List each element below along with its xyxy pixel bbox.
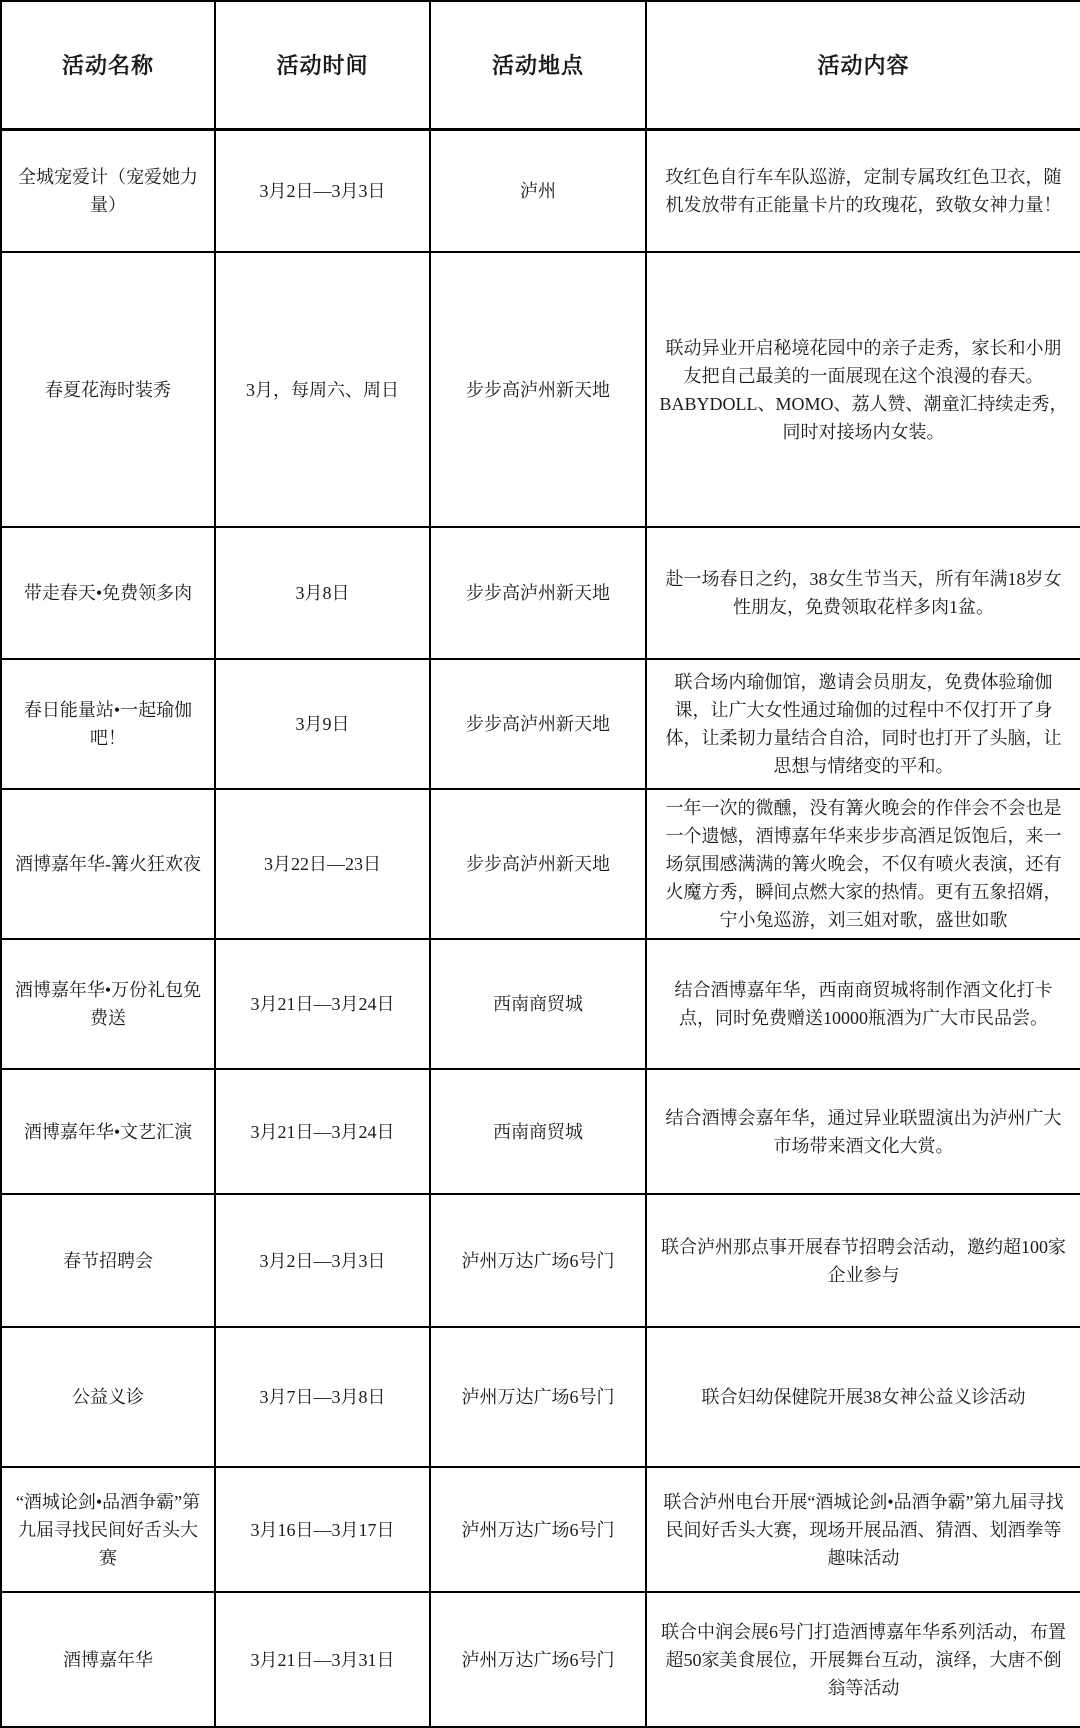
- activity-content-cell: 赴一场春日之约，38女生节当天，所有年满18岁女性朋友，免费领取花样多肉1盆。: [646, 527, 1080, 659]
- activity-name-cell: 春节招聘会: [1, 1194, 215, 1327]
- table-row: 春夏花海时装秀3月，每周六、周日步步高泸州新天地联动异业开启秘境花园中的亲子走秀…: [1, 252, 1080, 527]
- activity-content-cell: 联合妇幼保健院开展38女神公益义诊活动: [646, 1327, 1080, 1467]
- header-activity-place: 活动地点: [430, 1, 646, 129]
- activity-name-cell: 酒博嘉年华•文艺汇演: [1, 1069, 215, 1194]
- activity-time-cell: 3月，每周六、周日: [215, 252, 430, 527]
- table-row: 酒博嘉年华•文艺汇演3月21日—3月24日西南商贸城结合酒博会嘉年华，通过异业联…: [1, 1069, 1080, 1194]
- table-row: 酒博嘉年华•万份礼包免费送3月21日—3月24日西南商贸城结合酒博嘉年华，西南商…: [1, 939, 1080, 1069]
- activity-content-cell: 玫红色自行车车队巡游，定制专属玫红色卫衣，随机发放带有正能量卡片的玫瑰花，致敬女…: [646, 129, 1080, 252]
- activity-name-cell: 全城宠爱计（宠爱她力量）: [1, 129, 215, 252]
- activity-place-cell: 步步高泸州新天地: [430, 659, 646, 789]
- activity-time-cell: 3月2日—3月3日: [215, 129, 430, 252]
- activity-content-cell: 一年一次的微醺，没有篝火晚会的作伴会不会也是一个遗憾，酒博嘉年华来步步高酒足饭饱…: [646, 789, 1080, 939]
- activity-time-cell: 3月21日—3月24日: [215, 1069, 430, 1194]
- activity-name-cell: 带走春天•免费领多肉: [1, 527, 215, 659]
- activity-place-cell: 西南商贸城: [430, 1069, 646, 1194]
- header-activity-time: 活动时间: [215, 1, 430, 129]
- activity-content-cell: 联合泸州电台开展“酒城论剑•品酒争霸”第九届寻找民间好舌头大赛，现场开展品酒、猜…: [646, 1467, 1080, 1592]
- activity-place-cell: 步步高泸州新天地: [430, 789, 646, 939]
- activity-content-cell: 联合泸州那点事开展春节招聘会活动，邀约超100家企业参与: [646, 1194, 1080, 1327]
- activity-place-cell: 步步高泸州新天地: [430, 252, 646, 527]
- activity-content-cell: 联合场内瑜伽馆，邀请会员朋友，免费体验瑜伽课，让广大女性通过瑜伽的过程中不仅打开…: [646, 659, 1080, 789]
- activity-name-cell: 酒博嘉年华•万份礼包免费送: [1, 939, 215, 1069]
- document-page: 活动名称 活动时间 活动地点 活动内容 全城宠爱计（宠爱她力量）3月2日—3月3…: [0, 0, 1080, 1721]
- activity-place-cell: 泸州万达广场6号门: [430, 1194, 646, 1327]
- table-row: 酒博嘉年华3月21日—3月31日泸州万达广场6号门联合中润会展6号门打造酒博嘉年…: [1, 1592, 1080, 1727]
- activity-content-cell: 联合中润会展6号门打造酒博嘉年华系列活动，布置超50家美食展位，开展舞台互动，演…: [646, 1592, 1080, 1727]
- header-row: 活动名称 活动时间 活动地点 活动内容: [1, 1, 1080, 129]
- activity-place-cell: 西南商贸城: [430, 939, 646, 1069]
- table-body: 全城宠爱计（宠爱她力量）3月2日—3月3日泸州玫红色自行车车队巡游，定制专属玫红…: [1, 129, 1080, 1727]
- header-activity-content: 活动内容: [646, 1, 1080, 129]
- activity-time-cell: 3月21日—3月31日: [215, 1592, 430, 1727]
- table-row: 春日能量站•一起瑜伽吧！3月9日步步高泸州新天地联合场内瑜伽馆，邀请会员朋友，免…: [1, 659, 1080, 789]
- activity-name-cell: 公益义诊: [1, 1327, 215, 1467]
- activity-place-cell: 泸州万达广场6号门: [430, 1327, 646, 1467]
- activity-name-cell: “酒城论剑•品酒争霸”第九届寻找民间好舌头大赛: [1, 1467, 215, 1592]
- activity-place-cell: 泸州万达广场6号门: [430, 1467, 646, 1592]
- activity-time-cell: 3月8日: [215, 527, 430, 659]
- activity-time-cell: 3月7日—3月8日: [215, 1327, 430, 1467]
- table-row: 春节招聘会3月2日—3月3日泸州万达广场6号门联合泸州那点事开展春节招聘会活动，…: [1, 1194, 1080, 1327]
- activity-time-cell: 3月9日: [215, 659, 430, 789]
- activity-time-cell: 3月21日—3月24日: [215, 939, 430, 1069]
- table-row: 带走春天•免费领多肉3月8日步步高泸州新天地赴一场春日之约，38女生节当天，所有…: [1, 527, 1080, 659]
- table-row: “酒城论剑•品酒争霸”第九届寻找民间好舌头大赛3月16日—3月17日泸州万达广场…: [1, 1467, 1080, 1592]
- activity-schedule-table: 活动名称 活动时间 活动地点 活动内容 全城宠爱计（宠爱她力量）3月2日—3月3…: [0, 0, 1080, 1728]
- activity-name-cell: 酒博嘉年华: [1, 1592, 215, 1727]
- table-row: 公益义诊3月7日—3月8日泸州万达广场6号门联合妇幼保健院开展38女神公益义诊活…: [1, 1327, 1080, 1467]
- activity-name-cell: 酒博嘉年华-篝火狂欢夜: [1, 789, 215, 939]
- activity-time-cell: 3月16日—3月17日: [215, 1467, 430, 1592]
- activity-place-cell: 泸州万达广场6号门: [430, 1592, 646, 1727]
- activity-place-cell: 步步高泸州新天地: [430, 527, 646, 659]
- activity-time-cell: 3月22日—23日: [215, 789, 430, 939]
- table-row: 全城宠爱计（宠爱她力量）3月2日—3月3日泸州玫红色自行车车队巡游，定制专属玫红…: [1, 129, 1080, 252]
- activity-content-cell: 联动异业开启秘境花园中的亲子走秀，家长和小朋友把自己最美的一面展现在这个浪漫的春…: [646, 252, 1080, 527]
- activity-name-cell: 春日能量站•一起瑜伽吧！: [1, 659, 215, 789]
- activity-name-cell: 春夏花海时装秀: [1, 252, 215, 527]
- activity-place-cell: 泸州: [430, 129, 646, 252]
- header-activity-name: 活动名称: [1, 1, 215, 129]
- activity-time-cell: 3月2日—3月3日: [215, 1194, 430, 1327]
- activity-content-cell: 结合酒博会嘉年华，通过异业联盟演出为泸州广大市场带来酒文化大赏。: [646, 1069, 1080, 1194]
- activity-content-cell: 结合酒博嘉年华，西南商贸城将制作酒文化打卡点，同时免费赠送10000瓶酒为广大市…: [646, 939, 1080, 1069]
- table-row: 酒博嘉年华-篝火狂欢夜3月22日—23日步步高泸州新天地一年一次的微醺，没有篝火…: [1, 789, 1080, 939]
